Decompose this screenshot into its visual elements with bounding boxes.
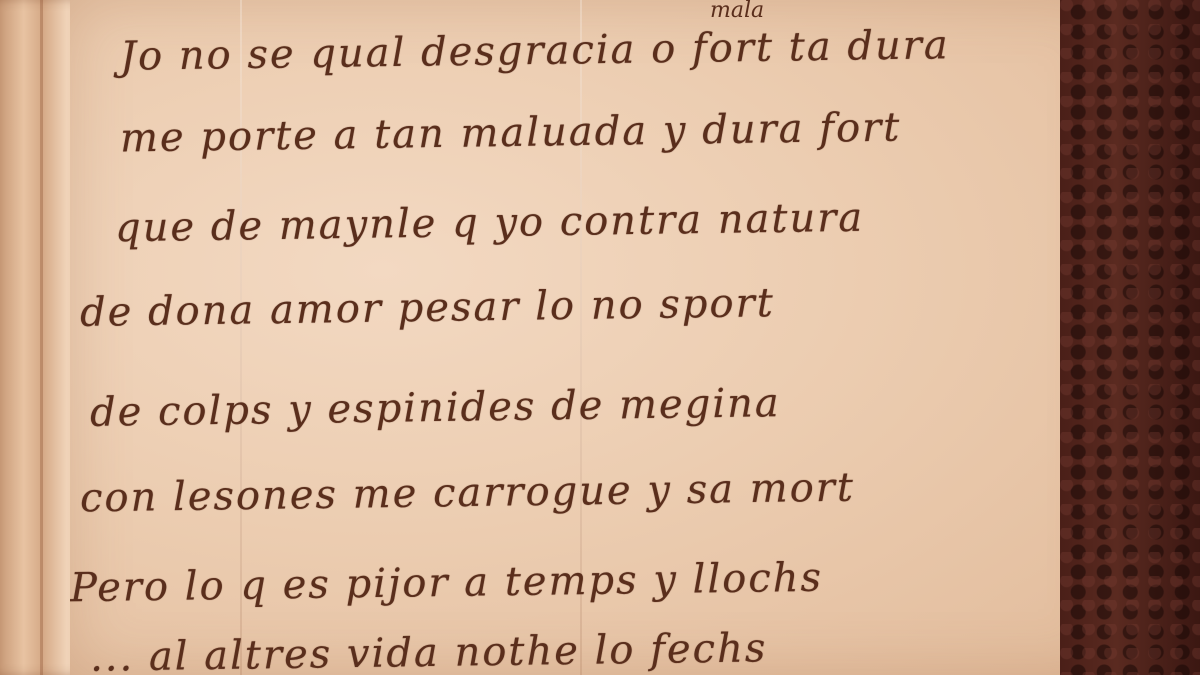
- manuscript-line-1: Jo no se qual desgracia o fort ta dura: [120, 22, 950, 80]
- manuscript-line-3: que de maynle q yo contra natura: [115, 195, 865, 251]
- manuscript-photo: mala Jo no se qual desgracia o fort ta d…: [0, 0, 1200, 675]
- manuscript-line-4: de dona amor pesar lo no sport: [80, 280, 775, 336]
- manuscript-page: mala Jo no se qual desgracia o fort ta d…: [70, 0, 1110, 675]
- manuscript-line-8: ... al altres vida nothe lo fechs: [90, 625, 768, 675]
- manuscript-line-7: Pero lo q es pijor a temps y llochs: [70, 555, 824, 612]
- leather-binding: [1060, 0, 1200, 675]
- manuscript-line-2: me porte a tan maluada y dura fort: [120, 105, 902, 162]
- manuscript-line-6: con lesones me carrogue y sa mort: [80, 465, 856, 522]
- interlinear-correction: mala: [710, 0, 764, 23]
- manuscript-line-5: de colps y espinides de megina: [90, 380, 781, 436]
